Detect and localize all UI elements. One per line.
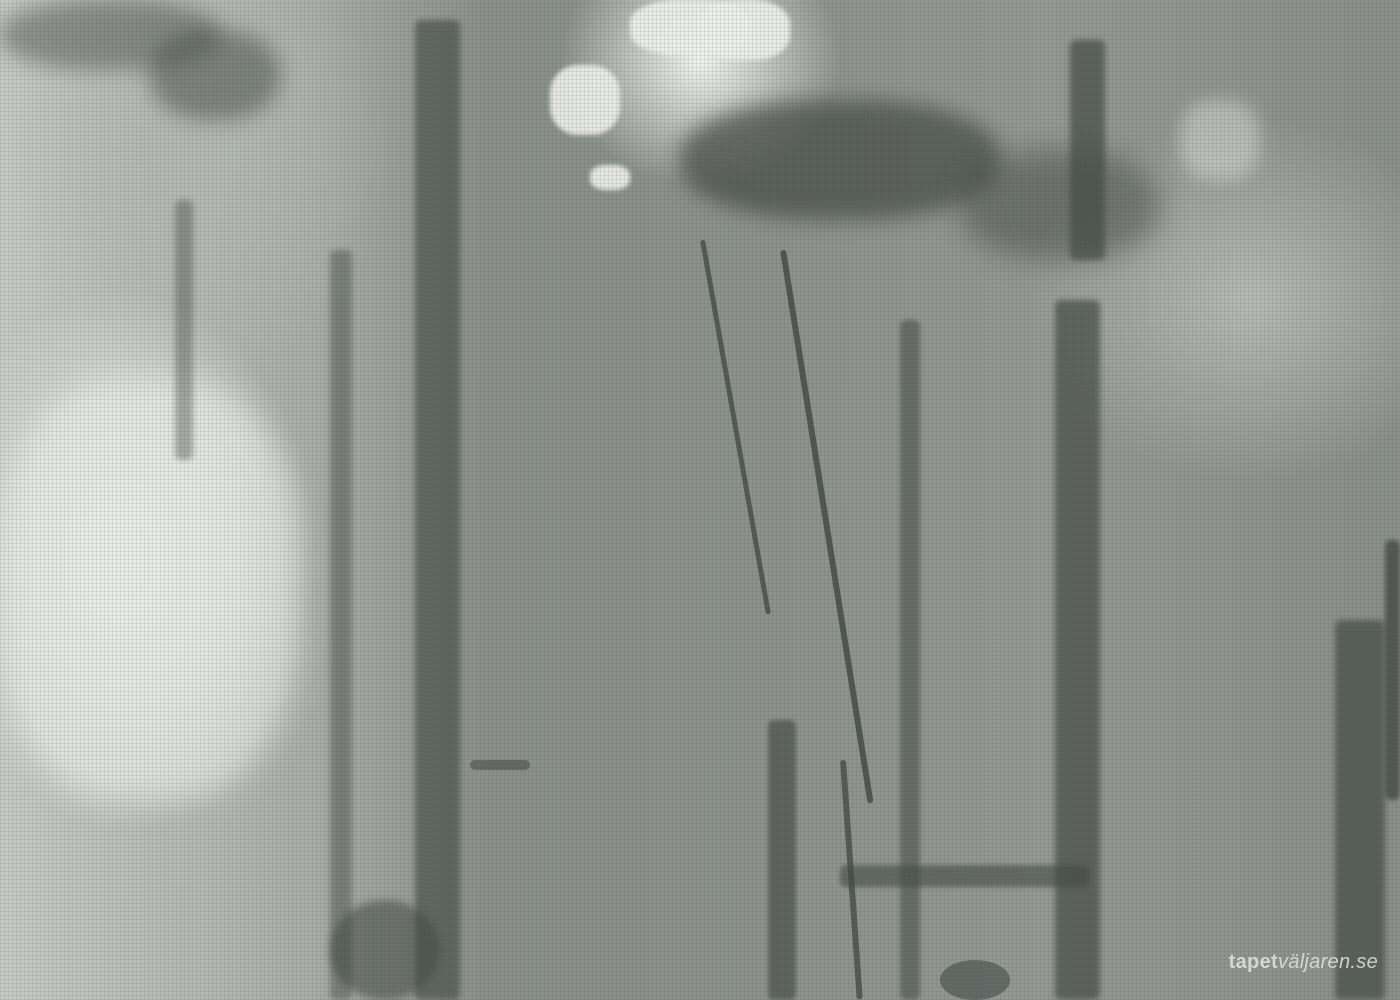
wallpaper-image: tapetväljaren.se	[0, 0, 1400, 1000]
leaf-shape	[330, 900, 440, 1000]
blossom-highlight	[700, 0, 790, 60]
vertical-brush-stroke	[900, 320, 920, 1000]
leaf-shape	[940, 960, 1010, 1000]
watermark-brand: tapet	[1229, 951, 1278, 973]
vertical-brush-stroke	[415, 20, 460, 1000]
vertical-brush-stroke	[330, 250, 352, 1000]
vertical-brush-stroke	[175, 200, 193, 460]
light-patch	[1180, 100, 1260, 180]
watermark: tapetväljaren.se	[1229, 951, 1378, 974]
horizontal-brush-stroke	[840, 865, 1090, 887]
vertical-brush-stroke	[1055, 300, 1100, 1000]
dark-foliage	[680, 100, 1000, 220]
vertical-brush-stroke	[1070, 40, 1105, 260]
horizontal-brush-stroke	[470, 760, 530, 770]
dark-foliage	[150, 30, 280, 120]
stem	[780, 250, 874, 804]
stem	[700, 240, 771, 615]
vertical-brush-stroke	[768, 720, 796, 1000]
vertical-brush-stroke	[1385, 540, 1400, 800]
dark-foliage	[960, 150, 1160, 260]
light-patch	[0, 380, 300, 800]
blossom-highlight	[590, 165, 630, 190]
watermark-domain: väljaren.se	[1278, 951, 1378, 973]
blossom-highlight	[550, 65, 620, 135]
vertical-brush-stroke	[1335, 620, 1385, 1000]
